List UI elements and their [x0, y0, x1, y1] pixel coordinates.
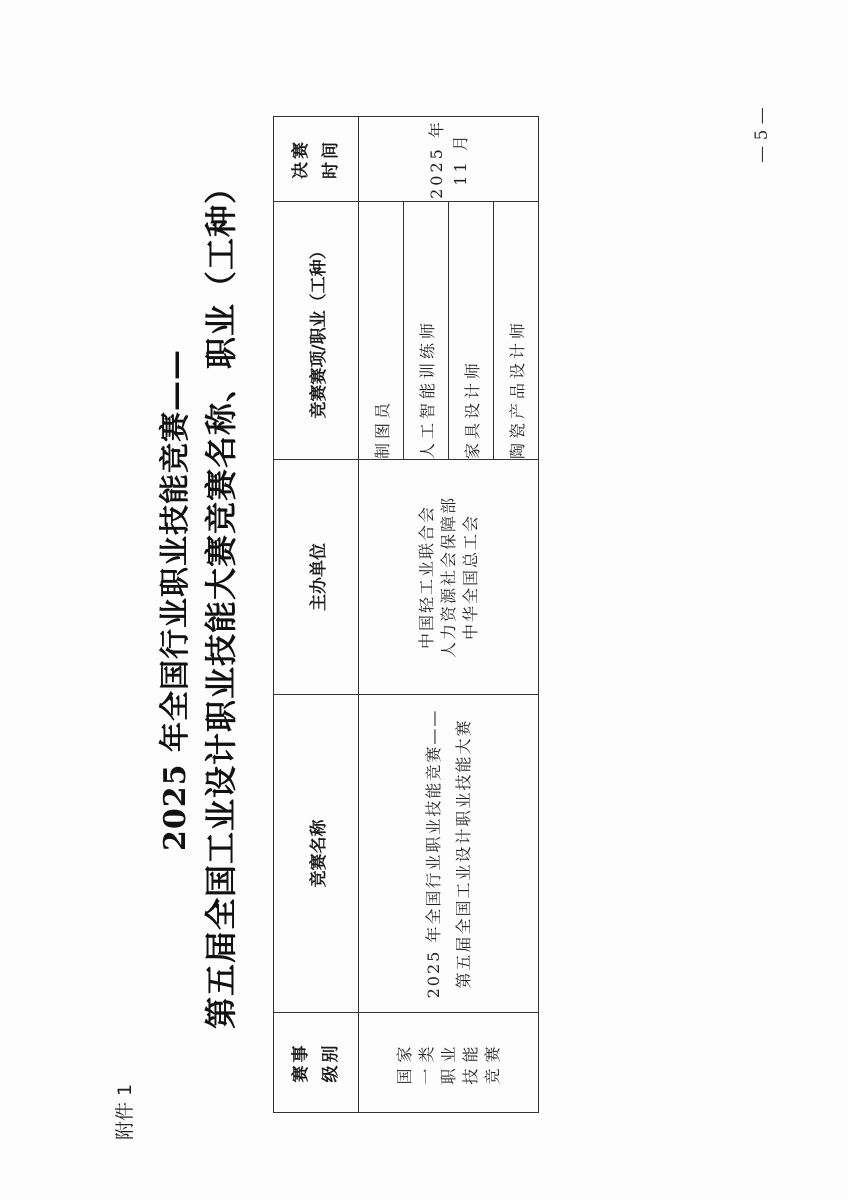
competition-table: 赛事 级别 竞赛名称 主办单位 竞赛赛项/职业（工种） 决赛 时间 国家 一类 …	[273, 116, 539, 1113]
header-organizer: 主办单位	[274, 460, 359, 695]
header-level: 赛事 级别	[274, 1013, 359, 1113]
cell-final-time: 2025 年 11 月	[359, 117, 539, 202]
document-title-line1: 2025 年全国行业职业技能竞赛——	[150, 0, 194, 1200]
cell-project: 家具设计师	[449, 202, 494, 460]
page-number: — 5 —	[752, 75, 772, 195]
header-project: 竞赛赛项/职业（工种）	[274, 202, 359, 460]
document-title-line2: 第五届全国工业设计职业技能大赛竞赛名称、职业（工种）	[196, 0, 242, 1200]
cell-project: 制图员	[359, 202, 404, 460]
cell-project: 人工智能训练师	[404, 202, 449, 460]
table-row: 国家 一类 职业 技能 竞赛 2025 年全国行业职业技能竞赛—— 第五届全国工…	[359, 117, 404, 1113]
attachment-label: 附件 1	[110, 1084, 137, 1140]
header-name: 竞赛名称	[274, 695, 359, 1013]
cell-competition-name: 2025 年全国行业职业技能竞赛—— 第五届全国工业设计职业技能大赛	[359, 695, 539, 1013]
document-page: 附件 1 2025 年全国行业职业技能竞赛—— 第五届全国工业设计职业技能大赛竞…	[0, 0, 848, 1200]
cell-level: 国家 一类 职业 技能 竞赛	[359, 1013, 539, 1113]
cell-project: 陶瓷产品设计师	[494, 202, 539, 460]
table-header-row: 赛事 级别 竞赛名称 主办单位 竞赛赛项/职业（工种） 决赛 时间	[274, 117, 359, 1113]
cell-organizers: 中国轻工业联合会 人力资源社会保障部 中华全国总工会	[359, 460, 539, 695]
header-final-time: 决赛 时间	[274, 117, 359, 202]
